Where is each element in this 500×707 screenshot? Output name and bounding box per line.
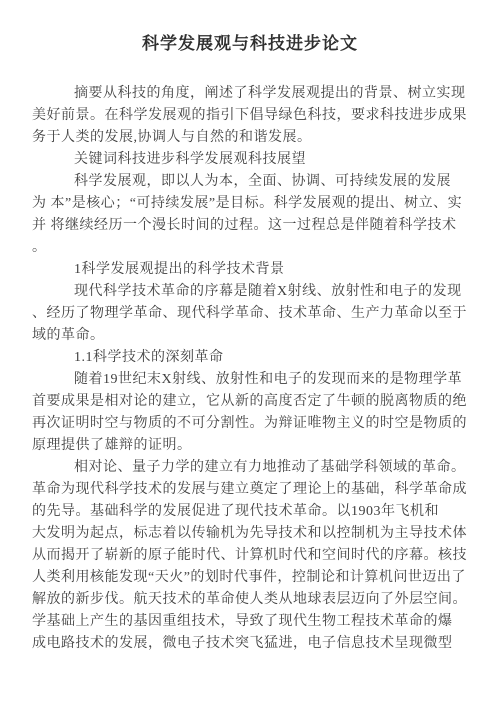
abstract-line: 美好前景。在科学发展观的指引下倡导绿色科技，要求科技进步成果更合理地服 [32,105,468,127]
text-line: 解放的新步伐。航天技术的革命使人类从地球表层迈向了外层空间。在分子生物 [32,589,468,611]
text-line: 为 本”是核心；“可持续发展”是目标。科学发展观的提出、树立、实现经历了 [32,193,468,215]
text-line: 随着19世纪末X射线、放射性和电子的发现而来的是物理学革命。这场革命 的 [32,369,468,391]
text-line: 革命为现代科学技术的发展与建立奠定了理论上的基础，科学革命成为技术发展 [32,479,468,501]
text-line: 、经历了物理学革命、现代科学革命、技术革命、生产力革命以至于生产关系 领 [32,303,468,325]
text-line: 相对论、量子力学的建立有力地推动了基础学科领域的革命。20世纪的科学 [32,457,468,479]
text-line: 的先导。基础科学的发展促进了现代技术革命。以1903年飞机和1904年电子管 两 [32,501,468,523]
subsection-heading: 1.1科学技术的深刻革命 [32,347,468,369]
text-line: 成电路技术的发展，微电子技术突飞猛进，电子信息技术呈现微型化、超级化、 [32,633,468,655]
text-line: 学基础上产生的基因重组技术，导致了现代生物工程技术革命的爆发。伴随着集 [32,611,468,633]
text-line: 从而揭开了崭新的原子能时代、计算机时代和空间时代的序幕。核技术的诞生是 [32,545,468,567]
text-line: 人类利用核能发现“天火”的划时代事件，控制论和计算机问世迈出了人类智力 [32,567,468,589]
document-body: 摘要从科技的角度，阐述了科学发展观提出的背景、树立实现科学发展观后的 美好前景。… [32,83,468,655]
text-line: 大发明为起点，标志着以传输机为先导技术和以控制机为主导技术体系的形成, [32,523,468,545]
text-line: 域的革命。 [32,325,468,347]
text-line: 并 将继续经历一个漫长时间的过程。这一过程总是伴随着科学技术的进步而发展 [32,215,468,237]
section-heading: 1科学发展观提出的科学技术背景 [32,259,468,281]
text-line: 首要成果是相对论的建立，它从新的高度否定了牛顿的脱离物质的绝对时空观, [32,391,468,413]
abstract-line: 摘要从科技的角度，阐述了科学发展观提出的背景、树立实现科学发展观后的 [32,83,468,105]
document-title: 科学发展观与科技进步论文 [32,33,468,55]
abstract-line: 务于人类的发展,协调人与自然的和谐发展。 [32,127,468,149]
keywords-line: 关键词科技进步科学发展观科技展望 [32,149,468,171]
document-page: 科学发展观与科技进步论文 摘要从科技的角度，阐述了科学发展观提出的背景、树立实现… [0,0,500,707]
text-line: 再次证明时空与物质的不可分割性。为辩证唯物主义的时空是物质的存在方式的 [32,413,468,435]
text-line: 科学发展观，即以人为本，全面、协调、可持续发展的发展观。其中，“以人 [32,171,468,193]
text-line: 原理提供了雄辩的证明。 [32,435,468,457]
text-line: 现代科学技术革命的序幕是随着X射线、放射性和电子的发现而拉开的。其 后 [32,281,468,303]
orphan-punctuation-line: 。 [32,237,468,259]
